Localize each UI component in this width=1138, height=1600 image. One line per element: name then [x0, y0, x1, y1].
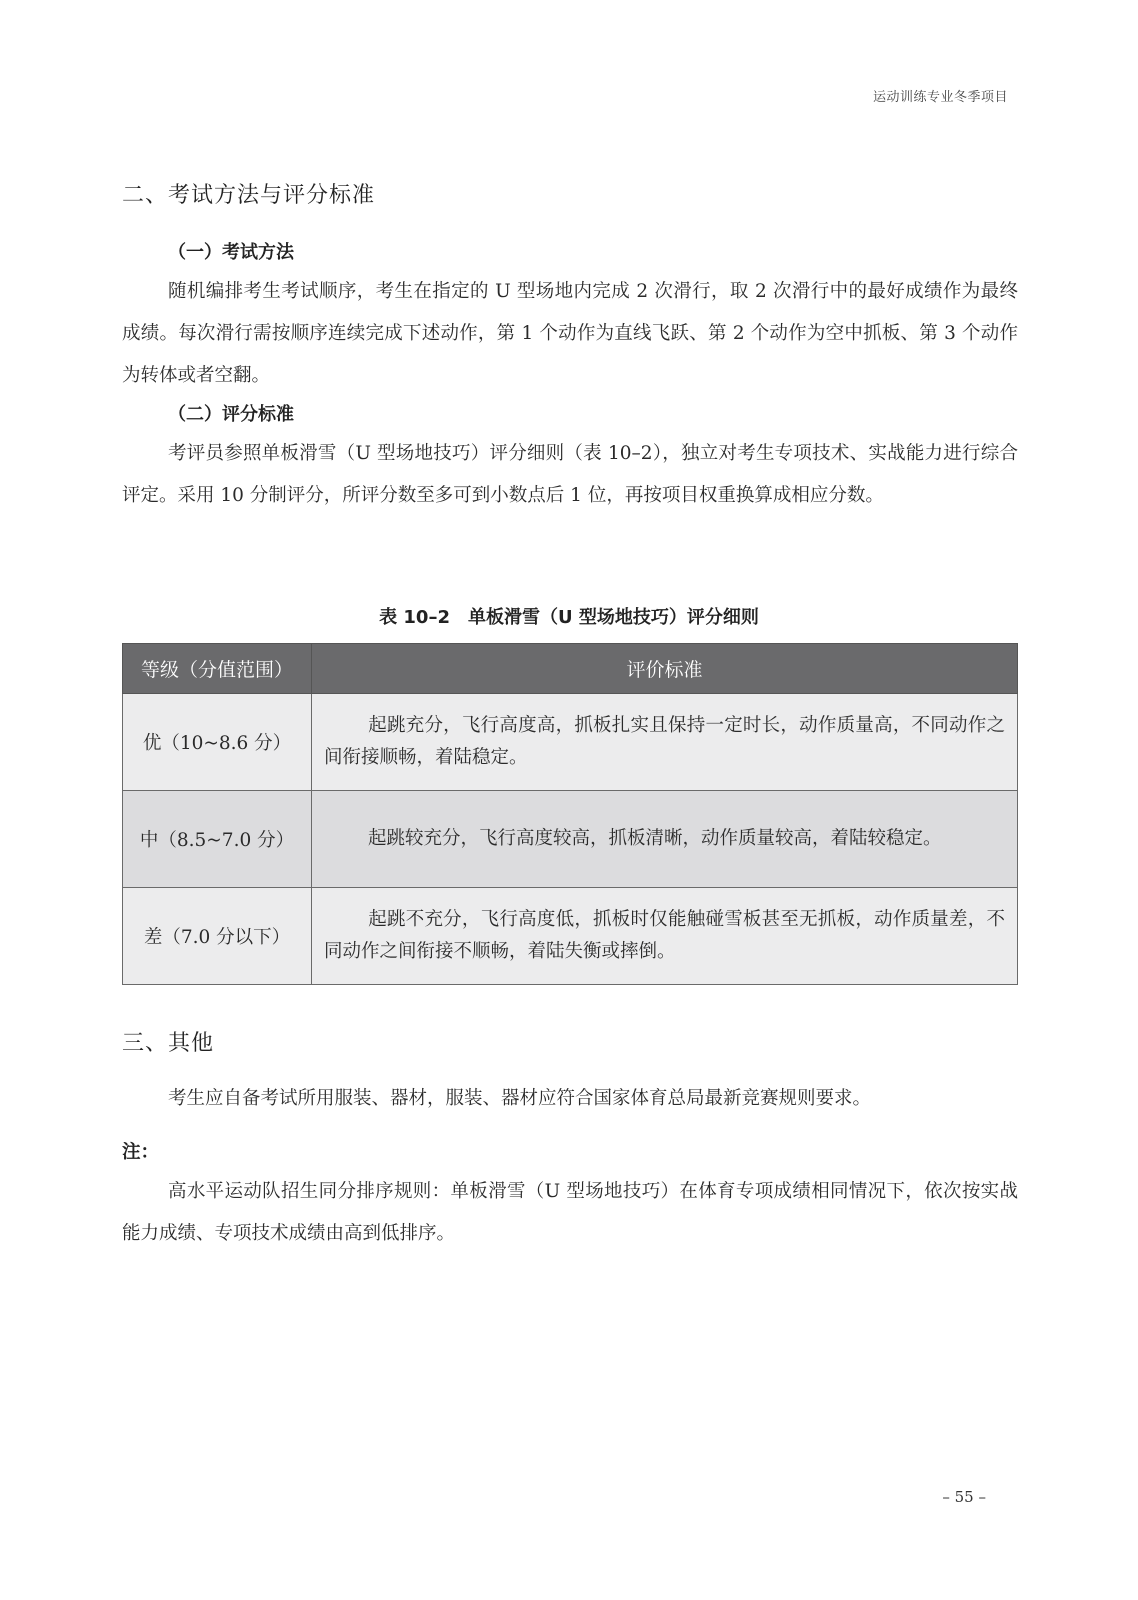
table-row: 优（10~8.6 分） 起跳充分，飞行高度高，抓板扎实且保持一定时长，动作质量高…: [123, 694, 1018, 791]
section-heading-other: 三、其他: [122, 1026, 214, 1057]
subsection-heading-scoring-standard: （二）评分标准: [168, 400, 294, 426]
table-row: 中（8.5~7.0 分） 起跳较充分，飞行高度较高，抓板清晰，动作质量较高，着陆…: [123, 791, 1018, 888]
exam-method-paragraph: 随机编排考生考试顺序，考生在指定的 U 型场地内完成 2 次滑行，取 2 次滑行…: [122, 271, 1018, 397]
criteria-text: 起跳充分，飞行高度高，抓板扎实且保持一定时长，动作质量高，不同动作之间衔接顺畅，…: [324, 715, 1005, 768]
criteria-cell: 起跳较充分，飞行高度较高，抓板清晰，动作质量较高，着陆较稳定。: [312, 791, 1018, 888]
criteria-text: 起跳较充分，飞行高度较高，抓板清晰，动作质量较高，着陆较稳定。: [368, 828, 942, 849]
note-paragraph: 高水平运动队招生同分排序规则：单板滑雪（U 型场地技巧）在体育专项成绩相同情况下…: [122, 1171, 1018, 1255]
grade-cell: 优（10~8.6 分）: [123, 694, 312, 791]
note-label: 注：: [122, 1138, 159, 1164]
page-number: – 55 –: [942, 1488, 986, 1506]
criteria-cell: 起跳充分，飞行高度高，抓板扎实且保持一定时长，动作质量高，不同动作之间衔接顺畅，…: [312, 694, 1018, 791]
subsection-heading-exam-method: （一）考试方法: [168, 238, 294, 264]
column-header-criteria: 评价标准: [312, 644, 1018, 694]
column-header-grade: 等级（分值范围）: [123, 644, 312, 694]
scoring-standard-paragraph: 考评员参照单板滑雪（U 型场地技巧）评分细则（表 10–2），独立对考生专项技术…: [122, 433, 1018, 517]
table-header-row: 等级（分值范围） 评价标准: [123, 644, 1018, 694]
criteria-text: 起跳不充分，飞行高度低，抓板时仅能触碰雪板甚至无抓板，动作质量差，不同动作之间衔…: [324, 909, 1005, 962]
table-caption: 表 10–2 单板滑雪（U 型场地技巧）评分细则: [0, 603, 1138, 629]
table-row: 差（7.0 分以下） 起跳不充分，飞行高度低，抓板时仅能触碰雪板甚至无抓板，动作…: [123, 888, 1018, 985]
scoring-table: 等级（分值范围） 评价标准 优（10~8.6 分） 起跳充分，飞行高度高，抓板扎…: [122, 643, 1018, 985]
section-heading-exam-method-and-scoring: 二、考试方法与评分标准: [122, 178, 375, 209]
grade-cell: 差（7.0 分以下）: [123, 888, 312, 985]
running-header: 运动训练专业冬季项目: [873, 86, 1008, 105]
other-paragraph: 考生应自备考试所用服装、器材，服装、器材应符合国家体育总局最新竞赛规则要求。: [122, 1078, 1018, 1120]
criteria-cell: 起跳不充分，飞行高度低，抓板时仅能触碰雪板甚至无抓板，动作质量差，不同动作之间衔…: [312, 888, 1018, 985]
grade-cell: 中（8.5~7.0 分）: [123, 791, 312, 888]
